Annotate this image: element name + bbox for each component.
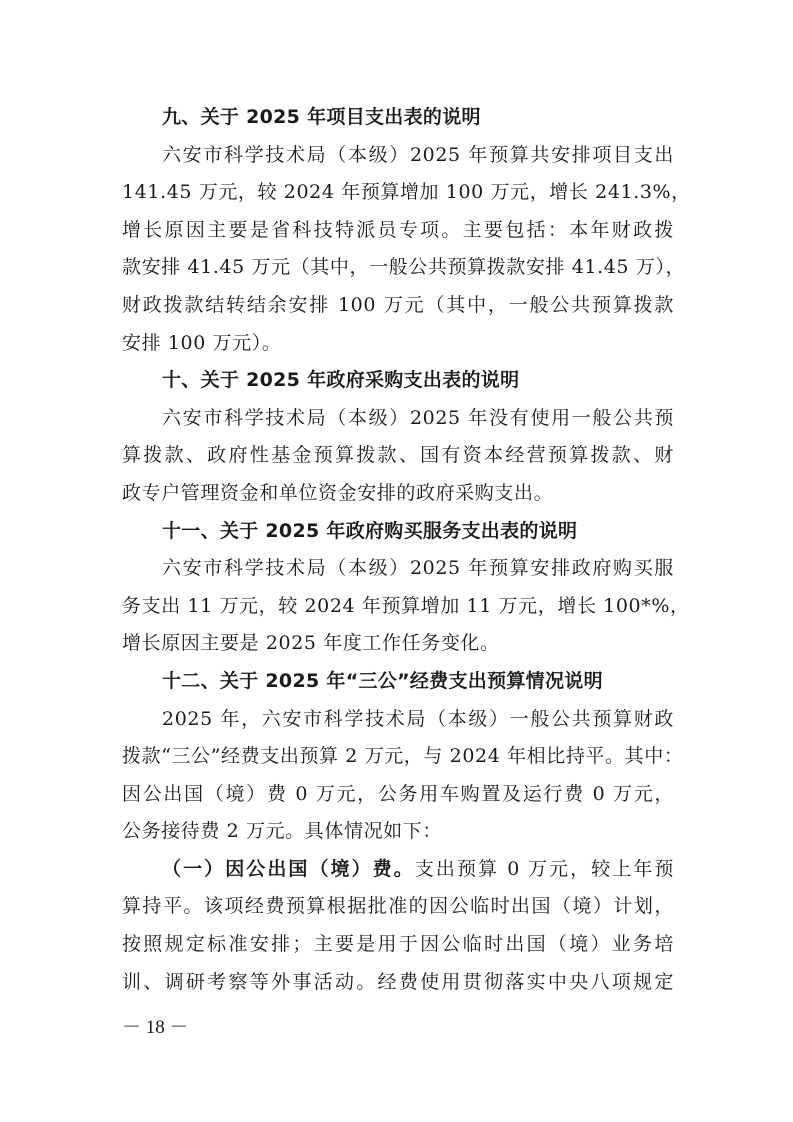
subsection-first-line: （一）因公出国（境）费。支出预算 0 万元，较上年预 [122,851,674,889]
subsection-lead-title: （一）因公出国（境）费。 [162,858,415,880]
page-number: － 18 － [122,1012,189,1039]
paragraph-line: 增长原因主要是省科技特派员专项。主要包括：本年财政拨 [122,212,674,250]
paragraph-line: 2025 年，六安市科学技术局（本级）一般公共预算财政 [122,701,674,739]
paragraph-line: 增长原因主要是 2025 年度工作任务变化。 [122,625,674,663]
document-page: 九、关于 2025 年项目支出表的说明 六安市科学技术局（本级）2025 年预算… [122,99,674,1001]
paragraph-line: 款安排 41.45 万元（其中，一般公共预算拨款安排 41.45 万）， [122,249,674,287]
section-heading-10: 十、关于 2025 年政府采购支出表的说明 [122,362,674,400]
paragraph-line: 公务接待费 2 万元。具体情况如下： [122,813,674,851]
paragraph-line: 六安市科学技术局（本级）2025 年预算共安排项目支出 [122,137,674,175]
section-heading-11: 十一、关于 2025 年政府购买服务支出表的说明 [122,513,674,551]
paragraph-line: 安排 100 万元）。 [122,325,674,363]
paragraph-line: 训、调研考察等外事活动。经费使用贯彻落实中央八项规定 [122,964,674,1002]
paragraph-line: 务支出 11 万元，较 2024 年预算增加 11 万元，增长 100*%， [122,588,674,626]
paragraph-line: 141.45 万元，较 2024 年预算增加 100 万元，增长 241.3%， [122,174,674,212]
paragraph-line: 按照规定标准安排；主要是用于因公临时出国（境）业务培 [122,926,674,964]
paragraph-line: 算持平。该项经费预算根据批准的因公临时出国（境）计划， [122,888,674,926]
paragraph-line: 六安市科学技术局（本级）2025 年预算安排政府购买服 [122,550,674,588]
paragraph-line: 六安市科学技术局（本级）2025 年没有使用一般公共预 [122,400,674,438]
section-heading-12: 十二、关于 2025 年“三公”经费支出预算情况说明 [122,663,674,701]
paragraph-line: 政专户管理资金和单位资金安排的政府采购支出。 [122,475,674,513]
subsection-lead-text: 支出预算 0 万元，较上年预 [415,858,674,880]
paragraph-line: 拨款“三公”经费支出预算 2 万元，与 2024 年相比持平。其中： [122,738,674,776]
paragraph-line: 因公出国（境）费 0 万元，公务用车购置及运行费 0 万元， [122,776,674,814]
section-heading-9: 九、关于 2025 年项目支出表的说明 [122,99,674,137]
paragraph-line: 算拨款、政府性基金预算拨款、国有资本经营预算拨款、财 [122,437,674,475]
paragraph-line: 财政拨款结转结余安排 100 万元（其中，一般公共预算拨款 [122,287,674,325]
